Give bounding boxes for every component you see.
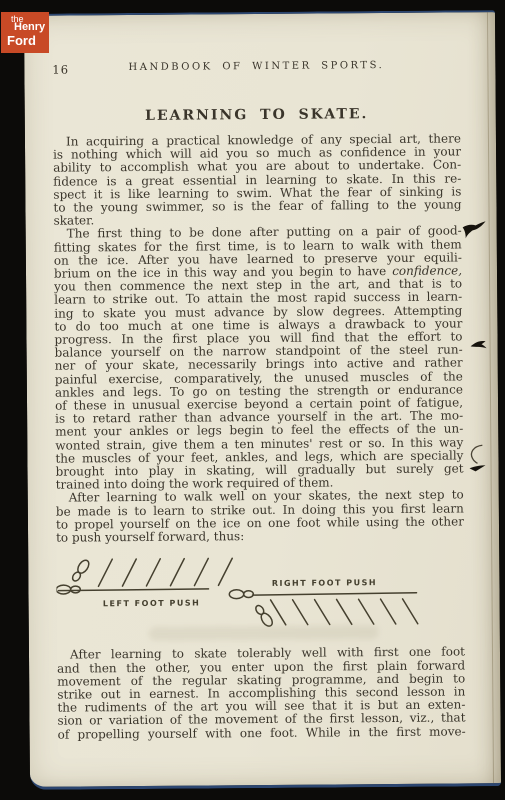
logo-word-henry: Henry: [14, 21, 45, 33]
running-title: HANDBOOK OF WINTER SPORTS.: [52, 59, 460, 73]
text-line: to push yourself forward, thus:: [56, 529, 464, 545]
right-foot-push-figure: [229, 589, 417, 629]
text-line: of propelling yourself with one foot. Wh…: [58, 725, 466, 741]
left-foot-push-label: LEFT FOOT PUSH: [103, 599, 200, 609]
paper-tear-mark: [462, 218, 488, 240]
right-foot-push-label: RIGHT FOOT PUSH: [272, 578, 377, 588]
paragraph: The first thing to be done after putting…: [54, 225, 464, 492]
logo-word-ford: Ford: [7, 33, 36, 48]
page-number: 16: [52, 63, 69, 77]
paper-tear-mark: [467, 443, 487, 473]
left-foot-push-figure: [56, 557, 232, 594]
paragraph: After learning to skate tolerably well w…: [57, 646, 466, 742]
page-header: 16 HANDBOOK OF WINTER SPORTS.: [52, 59, 460, 76]
chapter-heading: LEARNING TO SKATE.: [53, 105, 461, 124]
paper-tear-mark: [471, 339, 488, 350]
paragraph: In acquiring a practical knowledge of an…: [53, 132, 462, 228]
henry-ford-logo: the Henry Ford: [1, 12, 49, 53]
skating-push-diagram: LEFT FOOT PUSH RIGHT FOOT PUSH: [56, 554, 465, 631]
book-page: 16 HANDBOOK OF WINTER SPORTS. LEARNING T…: [24, 10, 501, 790]
paragraph: After learning to walk well on your skat…: [56, 489, 464, 545]
scan-background: 16 HANDBOOK OF WINTER SPORTS. LEARNING T…: [0, 0, 505, 800]
paper-smudge: [149, 625, 379, 641]
